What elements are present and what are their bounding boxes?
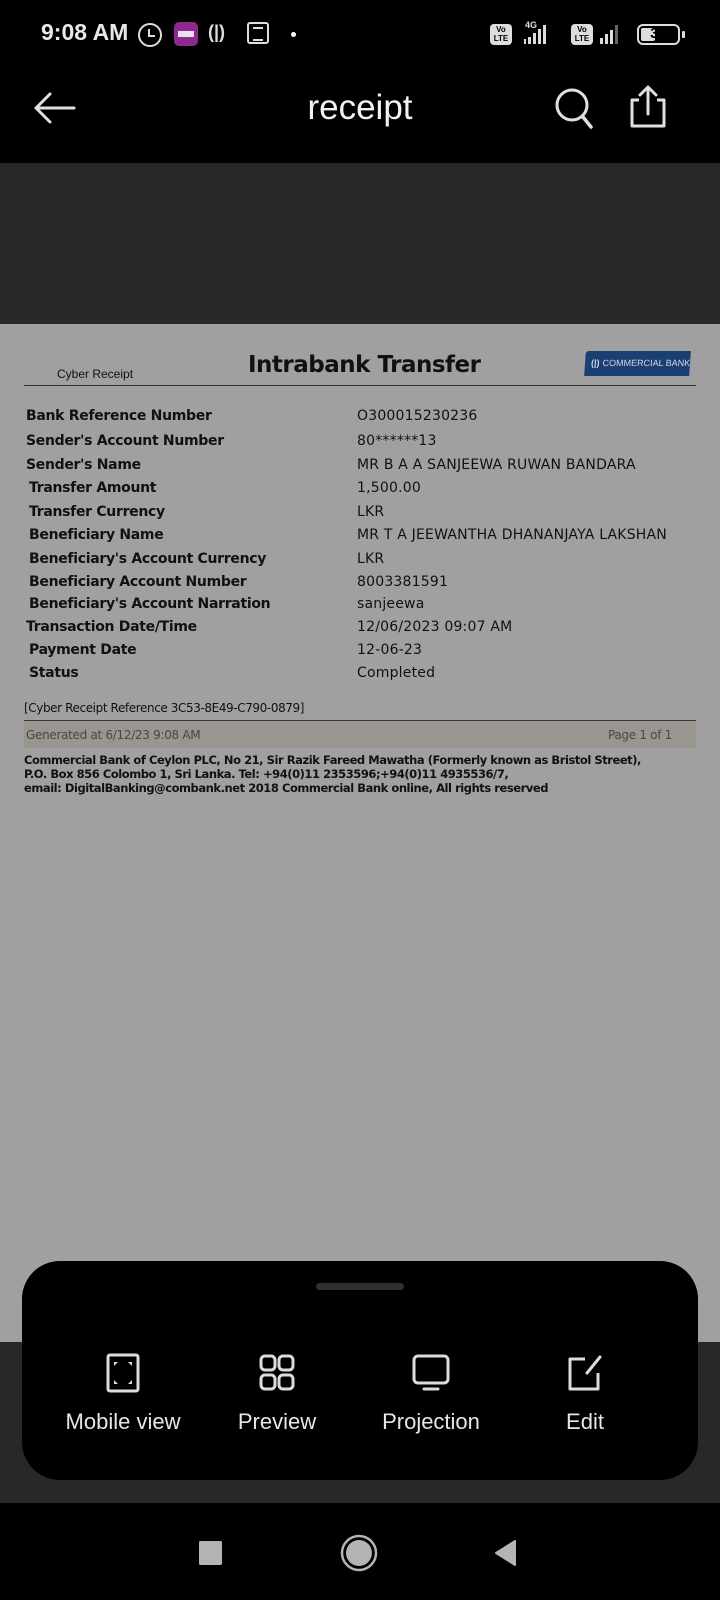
footer-line: P.O. Box 856 Colombo 1, Sri Lanka. Tel: …: [24, 767, 704, 781]
share-icon: [628, 84, 668, 130]
field-value: MR B A A SANJEEWA RUWAN BANDARA: [357, 457, 636, 473]
field-label: Beneficiary's Account Currency: [29, 551, 266, 567]
preview-label: Preview: [202, 1409, 352, 1435]
footer-line: email: DigitalBanking@combank.net 2018 C…: [24, 781, 704, 795]
battery-percent: 39: [639, 25, 678, 42]
field-value: Completed: [357, 665, 435, 681]
field-row: Transaction Date/Time 12/06/2023 09:07 A…: [0, 619, 720, 642]
field-value: LKR: [357, 504, 384, 520]
nav-back-button[interactable]: [485, 1531, 529, 1575]
bottom-sheet: Mobile view Preview Projection Edit: [22, 1261, 698, 1480]
doc-title: Intrabank Transfer: [248, 352, 481, 378]
mobile-view-button[interactable]: Mobile view: [48, 1353, 198, 1453]
field-value: 1,500.00: [357, 480, 421, 496]
field-row: Sender's Name MR B A A SANJEEWA RUWAN BA…: [0, 457, 720, 480]
battery-icon: 39: [637, 24, 680, 45]
field-value: MR T A JEEWANTHA DHANANJAYA LAKSHAN: [357, 527, 667, 543]
status-time: 9:08 AM: [41, 19, 128, 46]
field-label: Sender's Name: [26, 457, 141, 473]
field-row: Transfer Currency LKR: [0, 504, 720, 527]
generated-bar: Generated at 6/12/23 9:08 AM Page 1 of 1: [24, 722, 696, 748]
commercial-bank-icon: (|): [208, 22, 225, 48]
field-label: Beneficiary Name: [29, 527, 163, 543]
system-nav-bar: [0, 1503, 720, 1600]
field-label: Bank Reference Number: [26, 408, 212, 424]
search-button[interactable]: [553, 86, 597, 132]
bank-footer: Commercial Bank of Ceylon PLC, No 21, Si…: [24, 753, 704, 795]
share-button[interactable]: [628, 84, 668, 130]
field-value: 8003381591: [357, 574, 448, 590]
field-label: Transaction Date/Time: [26, 619, 197, 635]
search-icon: [553, 86, 597, 132]
edit-button[interactable]: Edit: [510, 1353, 660, 1453]
recents-button[interactable]: [188, 1531, 232, 1575]
field-label: Transfer Currency: [29, 504, 165, 520]
footer-line: Commercial Bank of Ceylon PLC, No 21, Si…: [24, 753, 704, 767]
field-row: Transfer Amount 1,500.00: [0, 480, 720, 503]
mobile-view-label: Mobile view: [48, 1409, 198, 1435]
volte-icon: VoLTE: [490, 24, 512, 45]
volte-icon-2: VoLTE: [571, 24, 593, 45]
document-page[interactable]: Cyber Receipt Intrabank Transfer (|)COMM…: [0, 324, 720, 1342]
viewer-background-top: [0, 163, 720, 324]
field-value: O300015230236: [357, 408, 478, 424]
news-icon: [247, 22, 269, 44]
bank-logo-text: COMMERCIAL BANK: [602, 358, 690, 368]
arrow-left-icon: [32, 88, 80, 128]
bank-logo: (|)COMMERCIAL BANK: [584, 351, 691, 376]
bank-logo-mark: (|): [591, 358, 600, 368]
field-label: Payment Date: [29, 642, 136, 658]
monitor-projection-icon: [411, 1353, 451, 1393]
status-bar: 9:08 AM (|) VoLTE 4G VoLTE 39: [0, 0, 720, 70]
field-row: Bank Reference Number O300015230236: [0, 408, 720, 431]
projection-label: Projection: [356, 1409, 506, 1435]
home-circle-icon: [337, 1531, 381, 1575]
field-row: Sender's Account Number 80******13: [0, 433, 720, 456]
projection-button[interactable]: Projection: [356, 1353, 506, 1453]
signal-strength-icon: [524, 24, 546, 44]
field-row: Beneficiary Account Number 8003381591: [0, 574, 720, 597]
field-row: Beneficiary's Account Narration sanjeewa: [0, 596, 720, 619]
app-notification-icon: [174, 22, 198, 46]
field-label: Beneficiary's Account Narration: [29, 596, 270, 612]
app-bar: receipt: [0, 70, 720, 163]
field-label: Sender's Account Number: [26, 433, 224, 449]
field-row: Payment Date 12-06-23: [0, 642, 720, 665]
generated-at: Generated at 6/12/23 9:08 AM: [26, 728, 200, 742]
recents-square-icon: [188, 1531, 232, 1575]
mobile-view-icon: [105, 1353, 141, 1393]
field-label: Transfer Amount: [29, 480, 156, 496]
doc-subtitle: Cyber Receipt: [57, 367, 133, 381]
field-label: Beneficiary Account Number: [29, 574, 246, 590]
field-value: 12/06/2023 09:07 AM: [357, 619, 512, 635]
field-row: Beneficiary's Account Currency LKR: [0, 551, 720, 574]
field-row: Status Completed: [0, 665, 720, 688]
edit-icon: [565, 1353, 605, 1393]
field-value: 12-06-23: [357, 642, 422, 658]
back-triangle-icon: [485, 1531, 529, 1575]
page-info: Page 1 of 1: [608, 728, 672, 742]
signal-strength-icon-2: [600, 24, 618, 44]
sheet-drag-handle[interactable]: [316, 1283, 404, 1290]
field-value: sanjeewa: [357, 596, 425, 612]
field-value: LKR: [357, 551, 384, 567]
field-value: 80******13: [357, 433, 437, 449]
grid-preview-icon: [259, 1353, 295, 1393]
field-row: Beneficiary Name MR T A JEEWANTHA DHANAN…: [0, 527, 720, 550]
cyber-receipt-reference: [Cyber Receipt Reference 3C53-8E49-C790-…: [24, 701, 304, 715]
dot-icon: [291, 32, 296, 37]
title-divider: [24, 385, 696, 386]
field-label: Status: [29, 665, 78, 681]
back-button[interactable]: [32, 88, 80, 128]
footer-divider: [24, 720, 696, 721]
home-button[interactable]: [337, 1531, 381, 1575]
preview-button[interactable]: Preview: [202, 1353, 352, 1453]
alarm-icon: [138, 23, 162, 47]
page-title: receipt: [0, 88, 720, 128]
edit-label: Edit: [510, 1409, 660, 1435]
